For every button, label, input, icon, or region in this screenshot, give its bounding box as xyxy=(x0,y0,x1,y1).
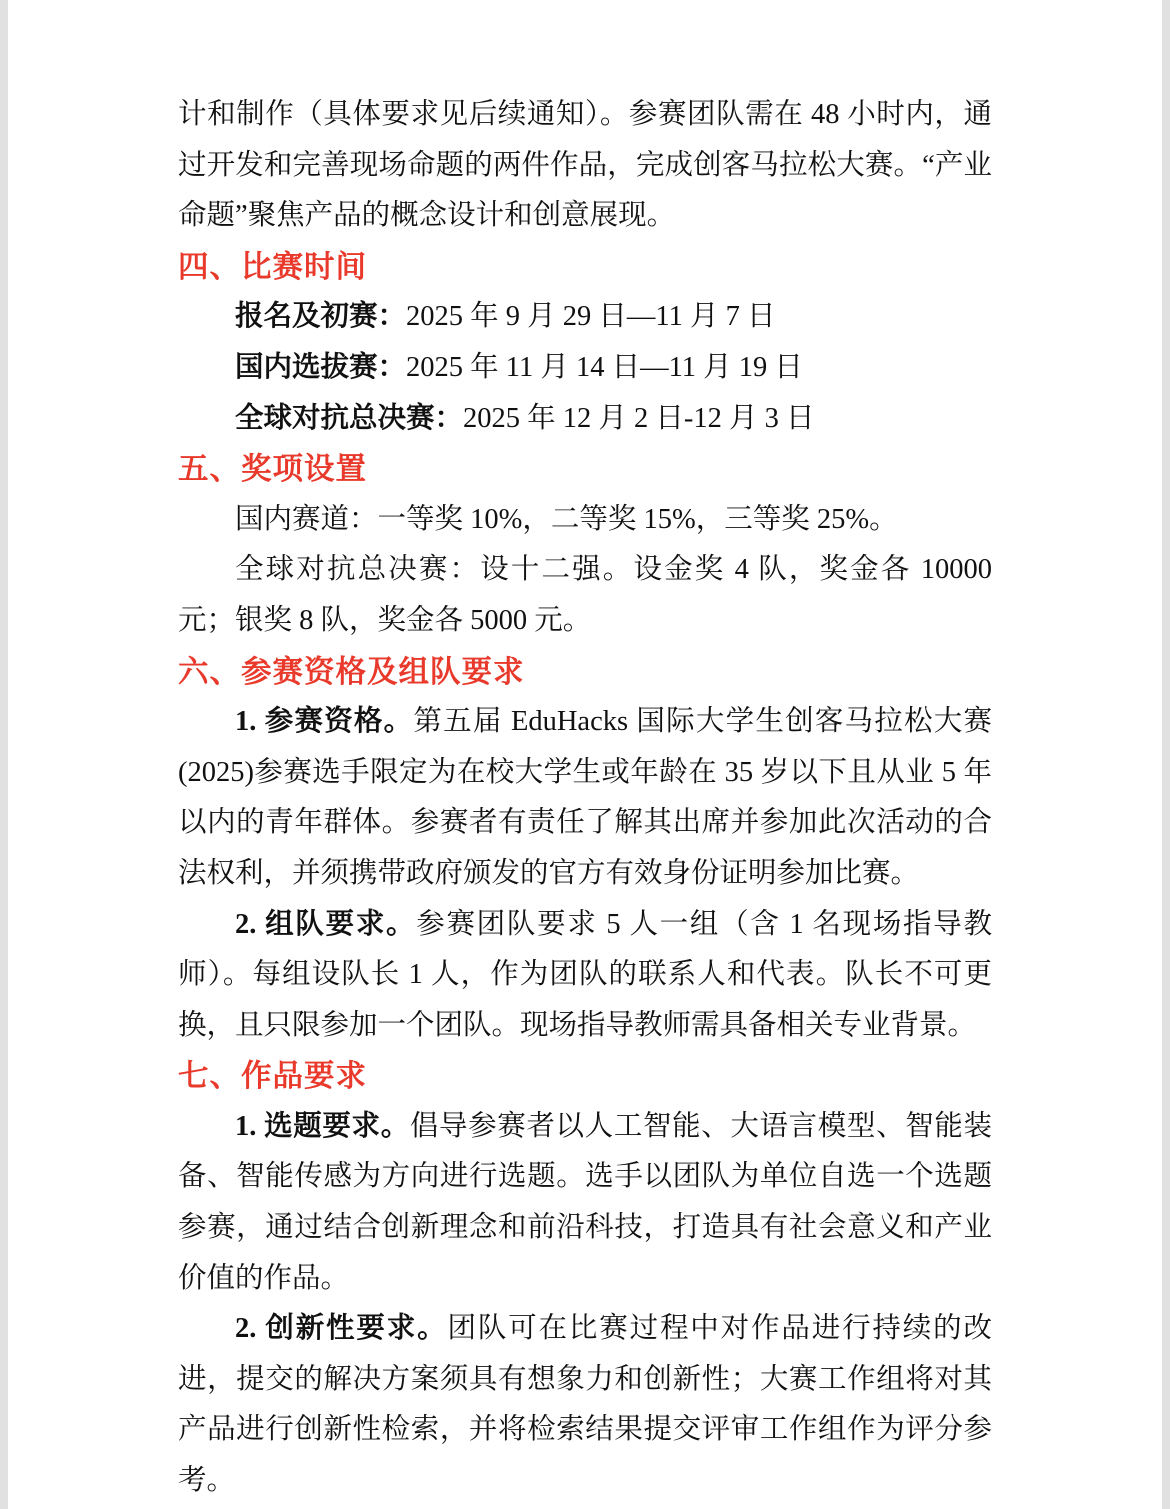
schedule-label: 报名及初赛： xyxy=(235,301,406,332)
eligibility-paragraph: 1. 参赛资格。第五届 EduHacks 国际大学生创客马拉松大赛(2025)参… xyxy=(178,697,992,899)
section-heading-5: 五、奖项设置 xyxy=(178,444,992,495)
section-heading-7: 七、作品要求 xyxy=(178,1051,992,1102)
section-heading-6: 六、参赛资格及组队要求 xyxy=(178,647,992,698)
continuation-paragraph: 计和制作（具体要求见后续通知）。参赛团队需在 48 小时内，通过开发和完善现场命… xyxy=(178,90,992,242)
paragraph-text: 国内赛道：一等奖 10%，二等奖 15%，三等奖 25%。 xyxy=(235,504,898,535)
schedule-value: 2025 年 12 月 2 日-12 月 3 日 xyxy=(463,403,815,434)
innovation-requirement-paragraph: 2. 创新性要求。团队可在比赛过程中对作品进行持续的改进，提交的解决方案须具有想… xyxy=(178,1304,992,1506)
document-page: 计和制作（具体要求见后续通知）。参赛团队需在 48 小时内，通过开发和完善现场命… xyxy=(0,0,1170,1509)
schedule-line-registration: 报名及初赛：2025 年 9 月 29 日—11 月 7 日 xyxy=(178,292,992,343)
schedule-label: 全球对抗总决赛： xyxy=(235,403,463,434)
paragraph-label: 1. 选题要求。 xyxy=(235,1111,410,1142)
team-requirement-paragraph: 2. 组队要求。参赛团队要求 5 人一组（含 1 名现场指导教师）。每组设队长 … xyxy=(178,900,992,1052)
schedule-value: 2025 年 9 月 29 日—11 月 7 日 xyxy=(406,301,775,332)
awards-global-paragraph: 全球对抗总决赛：设十二强。设金奖 4 队，奖金各 10000 元；银奖 8 队，… xyxy=(178,545,992,646)
page-edge-left-divider xyxy=(0,0,8,1509)
paragraph-label: 2. 组队要求。 xyxy=(235,909,416,940)
paragraph-text: 全球对抗总决赛：设十二强。设金奖 4 队，奖金各 10000 元；银奖 8 队，… xyxy=(178,554,992,636)
paragraph-label: 1. 参赛资格。 xyxy=(235,706,413,737)
page-edge-right-divider xyxy=(1162,0,1170,1509)
schedule-line-national: 国内选拔赛：2025 年 11 月 14 日—11 月 19 日 xyxy=(178,343,992,394)
paragraph-label: 2. 创新性要求。 xyxy=(235,1313,447,1344)
document-body: 计和制作（具体要求见后续通知）。参赛团队需在 48 小时内，通过开发和完善现场命… xyxy=(178,0,992,1507)
schedule-line-global-final: 全球对抗总决赛：2025 年 12 月 2 日-12 月 3 日 xyxy=(178,394,992,445)
schedule-label: 国内选拔赛： xyxy=(235,352,406,383)
topic-requirement-paragraph: 1. 选题要求。倡导参赛者以人工智能、大语言模型、智能装备、智能传感为方向进行选… xyxy=(178,1102,992,1304)
awards-domestic-paragraph: 国内赛道：一等奖 10%，二等奖 15%，三等奖 25%。 xyxy=(178,495,992,546)
section-heading-4: 四、比赛时间 xyxy=(178,242,992,293)
schedule-value: 2025 年 11 月 14 日—11 月 19 日 xyxy=(406,352,803,383)
